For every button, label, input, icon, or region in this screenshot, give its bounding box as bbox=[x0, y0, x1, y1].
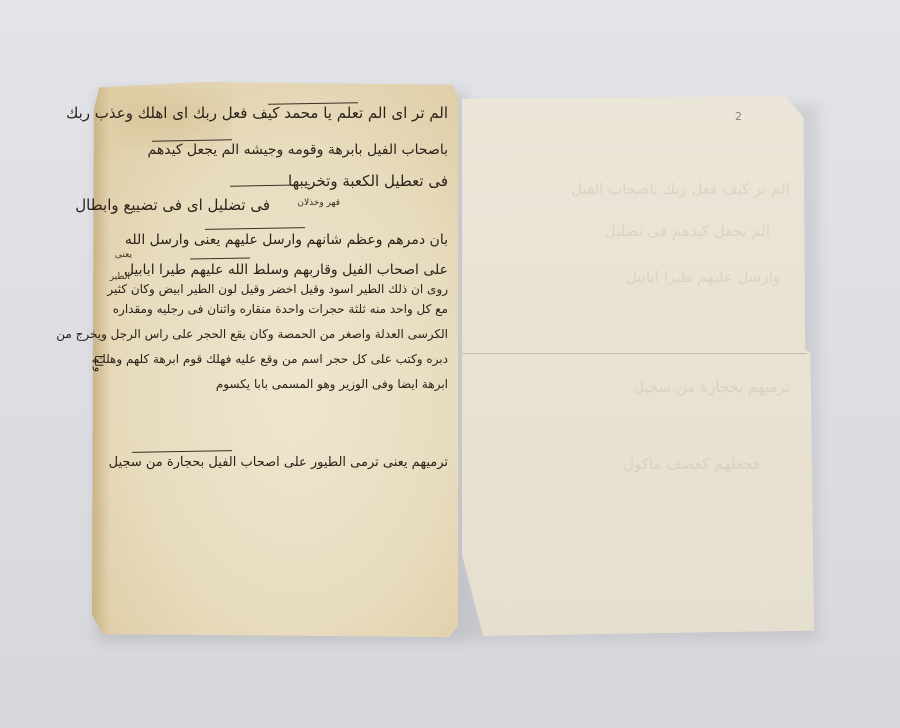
manuscript-line-10: دبره وكتب على كل حجر اسم من وقع عليه فهل… bbox=[96, 352, 448, 366]
page-number: 2 bbox=[735, 110, 742, 123]
manuscript-line-6: على اصحاب الفيل وقاربهم وسلط الله عليهم … bbox=[124, 262, 448, 278]
interlinear-note: يعنى bbox=[115, 250, 132, 260]
manuscript-line-8: مع كل واحد منه ثلثة حجرات واحدة منقاره و… bbox=[113, 302, 448, 316]
manuscript-line-12: ترميهم يعنى ترمى الطيور على اصحاب الفيل … bbox=[109, 455, 448, 470]
bleed-through-line: ترميهم بحجارة من سجيل bbox=[633, 378, 790, 396]
manuscript-line-7: روى ان ذلك الطير اسود وقيل اخضر وقيل لون… bbox=[107, 282, 448, 296]
manuscript-line-9: الكرسى العدلة واصغر من الحمصة وكان يقع ا… bbox=[56, 327, 448, 341]
manuscript-line-11: ابرهة ايضا وفى الوزير وهو المسمى بابا يك… bbox=[216, 377, 448, 391]
margin-note: ولها bbox=[92, 355, 105, 372]
interlinear-note: الطير bbox=[110, 272, 130, 282]
manuscript-line-1: الم تر اى الم تعلم يا محمد كيف فعل ربك ا… bbox=[66, 104, 448, 122]
interlinear-note: قهر وخذلان bbox=[297, 198, 340, 208]
manuscript-line-4: فى تضليل اى فى تضييع وابطال bbox=[75, 196, 270, 214]
page-fold-line bbox=[462, 353, 807, 354]
bleed-through-line: وارسل عليهم طيرا ابابيل bbox=[626, 268, 780, 286]
right-manuscript-page bbox=[462, 96, 814, 636]
bleed-through-line: فجعلهم كعصف ماكول bbox=[623, 455, 760, 473]
manuscript-line-3: فى تعطيل الكعبة وتخريبها bbox=[288, 172, 448, 190]
manuscript-line-2: باصحاب الفيل بابرهة وقومه وجيشه الم يجعل… bbox=[148, 142, 448, 158]
bleed-through-line: الم تر كيف فعل ربك باصحاب الفيل bbox=[571, 180, 790, 198]
bleed-through-line: الم يجعل كيدهم فى تضليل bbox=[605, 222, 770, 240]
manuscript-line-5: بان دمرهم وعظم شانهم وارسل عليهم يعنى وا… bbox=[125, 232, 448, 248]
